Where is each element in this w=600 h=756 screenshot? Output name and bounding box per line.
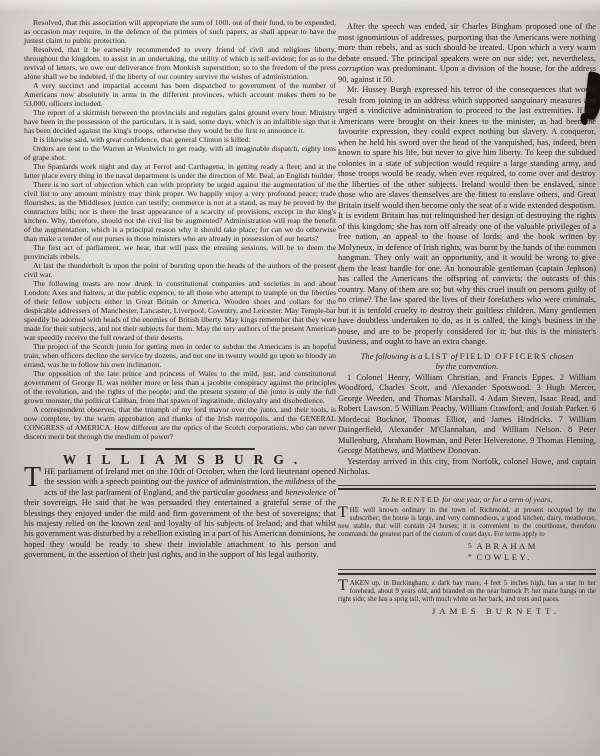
text-segment: of their sovereign. He said that he was …: [24, 488, 336, 559]
ad-taken: TAKEN up, in Buckingham, a dark bay mare…: [338, 580, 596, 617]
text-segment: of administration, the: [208, 477, 285, 486]
news-paragraph: A correspondent observes, that the trium…: [24, 405, 336, 441]
double-rule: [338, 569, 596, 575]
news-paragraph: There is no sort of objection which can …: [24, 180, 336, 243]
ad-rented-body: THE well known ordinary in the town of R…: [338, 507, 596, 539]
news-paragraph: Resolved, that this association will app…: [24, 18, 336, 45]
ad-rented-footer: 5 * ABRAHAM COWLEY.: [338, 539, 596, 562]
news-paragraph: Resolved, that it be earnestly recommend…: [24, 45, 336, 81]
right-column: After the speech was ended, sir Charles …: [338, 22, 596, 616]
dropcap-t: T: [338, 580, 348, 592]
rule-thin: [338, 569, 596, 570]
scan-edge-highlight: [0, 0, 600, 13]
ad-rented-heading: To be RENTED for one year, or for a term…: [338, 495, 596, 505]
text-segment: was predominant. Upon a division of the …: [338, 64, 596, 84]
ad-rented: To be RENTED for one year, or for a term…: [338, 495, 596, 562]
news-paragraph: The Spaniards work night and day at Ferr…: [24, 162, 336, 180]
news-paragraph: The project of the Scotch junto for gett…: [24, 342, 336, 369]
article-paragraph: Mr. Hussey Burgh expressed his terror of…: [338, 85, 596, 348]
news-paragraph: A very succinct and impartial account ha…: [24, 81, 336, 108]
rule-thick: [338, 573, 596, 575]
text-segment: AKEN up, in Buckingham, a dark bay mare,…: [338, 580, 596, 603]
text-segment-italic: mildness: [285, 477, 314, 486]
ad-signature: ABRAHAM COWLEY.: [476, 541, 586, 562]
text-segment-italic: benevolence: [285, 488, 326, 497]
newspaper-page: Resolved, that this association will app…: [0, 0, 600, 756]
double-rule: [338, 485, 596, 491]
rule-thin: [338, 485, 596, 486]
news-paragraph: The report of a skirmish between the pro…: [24, 108, 336, 135]
ad-taken-body: TAKEN up, in Buckingham, a dark bay mare…: [338, 580, 596, 604]
dropcap-t: T: [24, 468, 41, 488]
text-segment-italic: To be: [382, 495, 401, 504]
text-segment: and: [268, 488, 285, 497]
left-column: Resolved, that this association will app…: [24, 18, 336, 561]
news-paragraph: At last the thunderbolt is upon the poin…: [24, 261, 336, 279]
text-segment-italic: justice: [187, 477, 209, 486]
ad-note: 5 *: [468, 541, 476, 562]
ad-signature: JAMES BURNETT.: [338, 606, 560, 617]
section-divider: [105, 448, 255, 450]
field-officers-list: 1 Colonel Henry, William Christian, and …: [338, 373, 596, 457]
text-segment-italic: corruption: [338, 64, 374, 73]
text-segment: FIELD OFFICERS: [460, 351, 548, 361]
field-officers-heading: The following is a LIST of FIELD OFFICER…: [338, 351, 596, 371]
text-segment: RENTED: [401, 495, 441, 504]
news-paragraph: The opposition of the late prince and pr…: [24, 369, 336, 405]
text-segment-italic: goodness: [237, 488, 268, 497]
text-segment: After the speech was ended, sir Charles …: [338, 22, 596, 63]
field-officers-heading-line2: by the convention.: [338, 361, 596, 371]
dropcap-t: T: [338, 507, 348, 519]
news-paragraph: It is likewise said, with great confiden…: [24, 135, 336, 144]
text-segment: HE well known ordinary in the town of Ri…: [338, 507, 596, 538]
arrival-notice: Yesterday arrived in this city, from Nor…: [338, 457, 596, 478]
news-paragraph: Orders are sent to the Warren at Woolwic…: [24, 144, 336, 162]
williamsburg-lead-paragraph: THE parliament of Ireland met on the 10t…: [24, 467, 336, 561]
section-heading-williamsburg: WILLIAMSBURG.: [24, 455, 336, 464]
text-segment-italic: chosen: [547, 351, 573, 361]
text-segment-italic: The following is a: [361, 351, 425, 361]
text-segment-italic: of: [449, 351, 460, 361]
field-officers-heading-line1: The following is a LIST of FIELD OFFICER…: [338, 351, 596, 361]
article-paragraph: After the speech was ended, sir Charles …: [338, 22, 596, 85]
news-paragraph: The following toasts are now drunk in co…: [24, 279, 336, 342]
rule-thick: [338, 488, 596, 490]
news-paragraph: The first act of parliament, we hear, th…: [24, 243, 336, 261]
text-segment: LIST: [425, 351, 449, 361]
text-segment-italic: for one year, or for a term of years,: [440, 495, 552, 504]
